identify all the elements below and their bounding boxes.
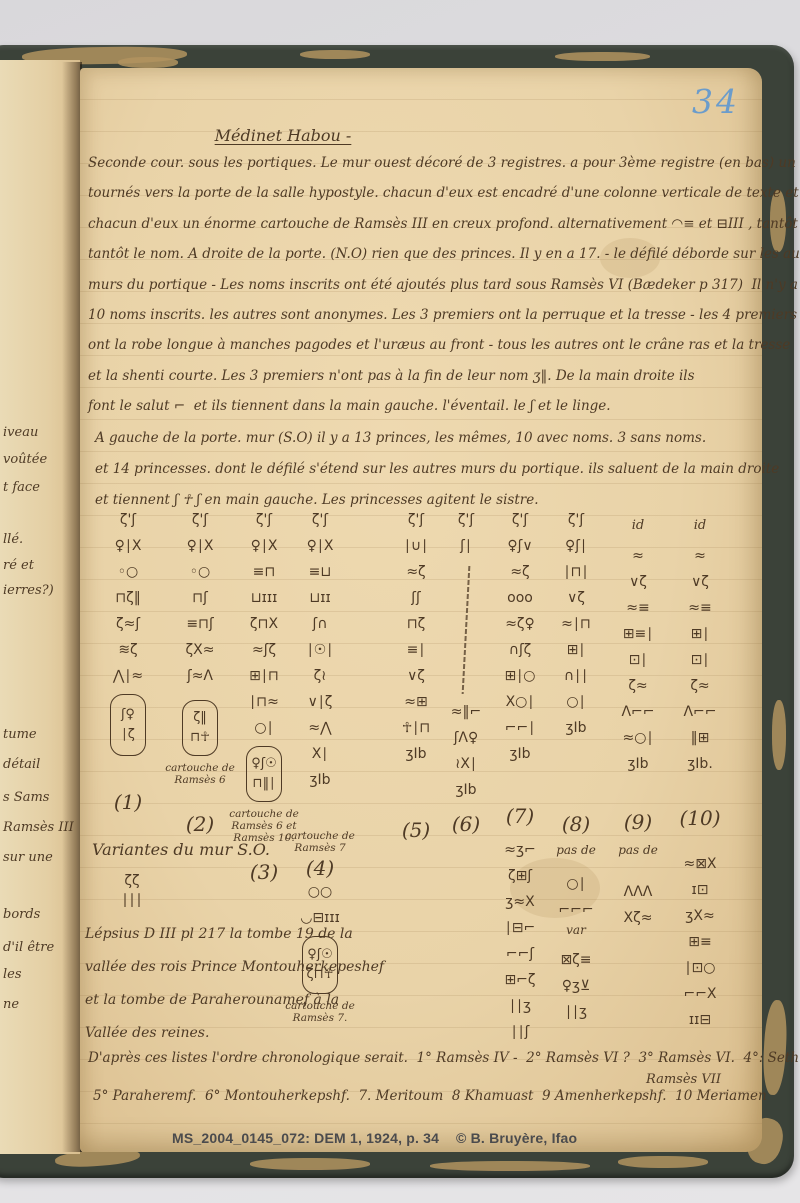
glyph-row: ⌐⌐∣ [496, 716, 544, 742]
archive-reference: MS_2004_0145_072: DEM 1, 1924, p. 34 [172, 1130, 439, 1146]
glyph-row: ʒIb [496, 742, 544, 768]
glyph-row: ɪ⊡ [676, 878, 724, 904]
glyph-row: ⋀∣≈ [104, 664, 152, 690]
glyph-row: ∣∣ʃ [496, 1020, 544, 1046]
glyph-row: ∣⊡○ [676, 956, 724, 982]
glyph-row: ⊞∣⊓ [240, 664, 288, 690]
glyph-row: ♀∣X [240, 534, 288, 560]
glyph-row: Λ⌐⌐ [614, 700, 662, 726]
glyph-rows: ≈‖⌐ʃΛ♀≀X∣ʒIb [442, 700, 490, 804]
glyph-row: ○○ [296, 880, 344, 906]
glyph-row: ⌐⌐⌐ [552, 898, 600, 924]
glyph-row: ∣☉∣ [296, 638, 344, 664]
variantes-label: Variantes du mur S.O. [92, 840, 270, 859]
cartouche-glyphs: ⊓‖∣ [252, 774, 275, 794]
glyph-row: ∨ζ [552, 586, 600, 612]
glyph-row: ∣∪∣ [392, 534, 440, 560]
glyph-rows: ζ'ʃ♀ʃ∨≈ζooo≈ζ♀∩ʃζ⊞∣○X○∣⌐⌐∣ʒIb [496, 508, 544, 768]
glyph-row: ∣∣ʒ [496, 994, 544, 1020]
glyph-row: ○∣ [552, 872, 600, 898]
glyph-row: ⌐⌐ʃ [496, 942, 544, 968]
glyph-row: ◦○ [176, 560, 224, 586]
glyph-row: ≈∣⊓ [552, 612, 600, 638]
glyph-row: ≈ [676, 544, 724, 570]
glyph-row: ⊡∣ [676, 648, 724, 674]
cartouche-caption: cartouche de Ramsès 6 [160, 762, 240, 786]
column-number: (8) [552, 812, 600, 836]
glyph-row: ʒIb [552, 716, 600, 742]
column-note: var [556, 924, 596, 937]
glyph-row: ⊞≡ [676, 930, 724, 956]
glyph-row: ʃΛ♀ [442, 726, 490, 752]
glyph-row: ○∣ [552, 690, 600, 716]
glyph-row: ≈ʒ⌐ [496, 838, 544, 864]
glyph-row: ≈ζ [496, 560, 544, 586]
glyph-row: ⊠ζ≡ [552, 948, 600, 974]
glyph-row: ζ'ʃ [442, 508, 490, 534]
glyph-row: ☥∣⊓ [392, 716, 440, 742]
glyph-row: ∨ζ [676, 570, 724, 596]
handwritten-line: vallée des rois Prince Montouherkepeshef [85, 959, 384, 992]
glyph-row: ♀∣X [296, 534, 344, 560]
glyph-row: ⊓ζ‖ [104, 586, 152, 612]
glyph-row: X∣ [296, 742, 344, 768]
glyph-row: ʃ∩ [296, 612, 344, 638]
glyph-row: ⊞⌐ζ [496, 968, 544, 994]
handwritten-line: et la tombe de Paraherounamef à la [85, 992, 384, 1025]
glyph-row: ≈ʃζ [240, 638, 288, 664]
variantes-glyphs: ζζ ∣∣∣ [112, 872, 152, 910]
glyph-row: ≈⋀ [296, 716, 344, 742]
glyph-row: ⊞≡∣ [614, 622, 662, 648]
glyph-rows: ζ'ʃ♀∣X≡⊓⊔ɪɪɪζ⊓X≈ʃζ⊞∣⊓∣⊓≈○∣ [240, 508, 288, 742]
glyph-row: ∣⊓≈ [240, 690, 288, 716]
copyright-notice: © B. Bruyère, Ifao [456, 1130, 577, 1146]
glyph-row: ζ≈ [614, 674, 662, 700]
glyph-row: ≡⊓ [240, 560, 288, 586]
glyph-row: ΛΛΛ [614, 880, 662, 906]
glyph-row: ♀ʒ⊻ [552, 974, 600, 1000]
glyph-row: ζ'ʃ [296, 508, 344, 534]
content-layer: 34 Médinet Habou - Seconde cour. sous le… [0, 0, 800, 1203]
glyph-row: ≡⊓ʃ [176, 612, 224, 638]
glyph-row: ζ≈ʃ [104, 612, 152, 638]
glyph-row: ζX≈ [176, 638, 224, 664]
column-number: (1) [104, 790, 152, 814]
side-note: Lépsius D III pl 217 la tombe 19 de lava… [85, 926, 384, 1058]
glyph-row: ζ⊞ʃ [496, 864, 544, 890]
glyph-row: ♀∣X [176, 534, 224, 560]
column-number: (10) [676, 806, 724, 830]
glyph-row: ⊓ζ [392, 612, 440, 638]
photo-background: iveauvoûtéet facellé.ré etierres?)tumedé… [0, 0, 800, 1203]
cartouche-caption: cartouche de Ramsès 7 [280, 830, 360, 854]
glyph-rows: ≈∨ζ≈≡⊞≡∣⊡∣ζ≈Λ⌐⌐≈○∣ʒIb [614, 544, 662, 778]
glyph-row: ≈‖⌐ [442, 700, 490, 726]
glyph-row: ʒIb [296, 768, 344, 794]
cartouche-glyphs: ʃ♀ [121, 705, 135, 725]
column-number: (2) [176, 812, 224, 836]
glyph-row: ⊞∣○ [496, 664, 544, 690]
glyph-row: ζζ [112, 872, 152, 891]
glyph-row: ∨ζ [614, 570, 662, 596]
column-note: pas de [556, 844, 596, 857]
glyph-rows: ΛΛΛXζ≈ [614, 880, 662, 932]
chronology-insert: Ramsès VII [646, 1072, 721, 1087]
glyph-row: ⊞∣ [552, 638, 600, 664]
glyph-row: ≈○∣ [614, 726, 662, 752]
glyph-row: ζ'ʃ [552, 508, 600, 534]
glyph-row: ≡∣ [392, 638, 440, 664]
glyph-row: ʒIb. [676, 752, 724, 778]
glyph-rows: ζ'ʃ∣∪∣≈ζʃʃ⊓ζ≡∣∨ζ≈⊞☥∣⊓ʒIb [392, 508, 440, 768]
column-number: (5) [392, 818, 440, 842]
glyph-row: ◦○ [104, 560, 152, 586]
glyph-row: ∨∣ζ [296, 690, 344, 716]
glyph-row: ≈≡ [676, 596, 724, 622]
cartouche: ζ‖⊓☥ [182, 700, 218, 756]
chronology-line-2: 5° Paraheremf. 6° Montouherkepshf. 7. Me… [93, 1088, 767, 1104]
glyph-row: ∨ζ [392, 664, 440, 690]
glyph-row: ≈≡ [614, 596, 662, 622]
glyph-row: ○∣ [240, 716, 288, 742]
glyph-row: ʃ∣ [442, 534, 490, 560]
glyph-row: ♀ʃ∣ [552, 534, 600, 560]
glyph-row: ≈ [614, 544, 662, 570]
glyph-rows: ○○◡⊟ɪɪɪ [296, 880, 344, 932]
glyph-row: ♀ʃ∨ [496, 534, 544, 560]
glyph-rows: ζ'ʃ♀∣X◦○⊓ʃ≡⊓ʃζX≈ʃ≈Λ [176, 508, 224, 690]
glyph-rows: ζ'ʃʃ∣ [442, 508, 490, 560]
glyph-row: ζ≈ [676, 674, 724, 700]
cartouche-glyphs: ⊓☥ [190, 728, 210, 748]
cartouche-glyphs: ♀ʃ☉ [251, 754, 277, 774]
glyph-row: ⊓ʃ [176, 586, 224, 612]
glyph-row: ʒIb [614, 752, 662, 778]
glyph-row: ζ'ʃ [496, 508, 544, 534]
glyph-row: ⊔ɪɪ [296, 586, 344, 612]
glyph-row: ⊞∣ [676, 622, 724, 648]
cartouche-glyphs: ∣ζ [121, 725, 135, 745]
glyph-row: ʃ≈Λ [176, 664, 224, 690]
cartouche: ♀ʃ☉⊓‖∣ [246, 746, 282, 802]
column-note: pas de [618, 844, 658, 857]
glyph-row: ζ'ʃ [176, 508, 224, 534]
handwritten-line: Lépsius D III pl 217 la tombe 19 de la [85, 926, 384, 959]
glyph-row: Λ⌐⌐ [676, 700, 724, 726]
chronology-line-1: D'après ces listes l'ordre chronologique… [88, 1050, 800, 1066]
column-number: (6) [442, 812, 490, 836]
glyph-rows: ≈⊠Xɪ⊡ʒX≈⊞≡∣⊡○⌐⌐Xɪɪ⊟ [676, 852, 724, 1034]
glyph-row: ʒIb [442, 778, 490, 804]
column-number: (3) [240, 860, 288, 884]
glyph-row: ≈ζ [392, 560, 440, 586]
cartouche: ʃ♀∣ζ [110, 694, 146, 756]
glyph-row: ⊔ɪɪɪ [240, 586, 288, 612]
glyph-row: ≈⊠X [676, 852, 724, 878]
glyph-row: ζ'ʃ [240, 508, 288, 534]
glyph-row: ζ'ʃ [392, 508, 440, 534]
glyph-row: ∣∣ʒ [552, 1000, 600, 1026]
glyph-row: ʒX≈ [676, 904, 724, 930]
glyph-row: ʒIb [392, 742, 440, 768]
glyph-row: ≋ζ [104, 638, 152, 664]
glyph-row: ≡⊔ [296, 560, 344, 586]
glyph-row: ≀X∣ [442, 752, 490, 778]
glyph-row: Xζ≈ [614, 906, 662, 932]
glyph-rows: ζ'ʃ♀∣X◦○⊓ζ‖ζ≈ʃ≋ζ⋀∣≈ [104, 508, 152, 690]
glyph-rows: ⊠ζ≡♀ʒ⊻∣∣ʒ [552, 948, 600, 1026]
glyph-row: ζ'ʃ [104, 508, 152, 534]
glyph-row: ∣⊟⌐ [496, 916, 544, 942]
glyph-row: ʃʃ [392, 586, 440, 612]
glyph-rows: ○∣⌐⌐⌐ [552, 872, 600, 924]
glyph-row: ⊡∣ [614, 648, 662, 674]
glyph-rows: ≈ʒ⌐ζ⊞ʃʒ≈X∣⊟⌐⌐⌐ʃ⊞⌐ζ∣∣ʒ∣∣ʃ [496, 838, 544, 1046]
column-number: (9) [614, 810, 662, 834]
glyph-row: ζ⊓X [240, 612, 288, 638]
glyph-rows: ζ'ʃ♀∣X≡⊔⊔ɪɪʃ∩∣☉∣ζ≀∨∣ζ≈⋀X∣ʒIb [296, 508, 344, 794]
glyph-row: ooo [496, 586, 544, 612]
glyph-row: ∩∣∣ [552, 664, 600, 690]
glyph-row: ≈ζ♀ [496, 612, 544, 638]
cartouche-glyphs: ζ‖ [193, 708, 207, 728]
column-number: (7) [496, 804, 544, 828]
glyph-row: ⌐⌐X [676, 982, 724, 1008]
glyph-rows: ζ'ʃ♀ʃ∣∣⊓∣∨ζ≈∣⊓⊞∣∩∣∣○∣ʒIb [552, 508, 600, 742]
column-number: (4) [296, 856, 344, 880]
glyph-row: ∣⊓∣ [552, 560, 600, 586]
glyph-row: ζ≀ [296, 664, 344, 690]
continuation-line [462, 566, 471, 694]
glyph-row: ‖⊞ [676, 726, 724, 752]
glyph-row: X○∣ [496, 690, 544, 716]
column-idem-note: id [676, 518, 724, 533]
glyph-row: ≈⊞ [392, 690, 440, 716]
glyph-row: ʒ≈X [496, 890, 544, 916]
glyph-row: ♀∣X [104, 534, 152, 560]
glyph-row: ∩ʃζ [496, 638, 544, 664]
column-idem-note: id [614, 518, 662, 533]
glyph-row: ɪɪ⊟ [676, 1008, 724, 1034]
glyph-row: ∣∣∣ [112, 891, 152, 910]
glyph-rows: ≈∨ζ≈≡⊞∣⊡∣ζ≈Λ⌐⌐‖⊞ʒIb. [676, 544, 724, 778]
